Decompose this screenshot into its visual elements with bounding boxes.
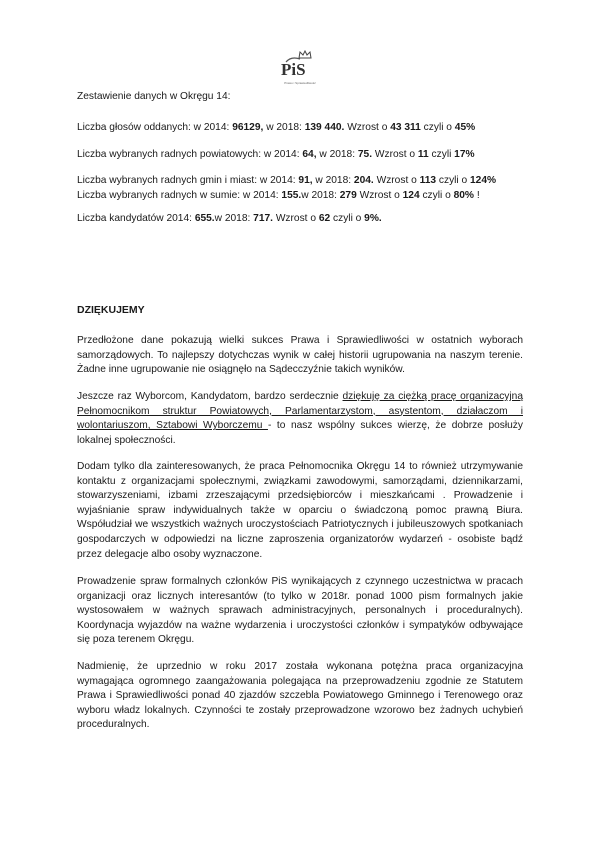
row-text: w 2018:	[313, 175, 354, 186]
paragraph-2017-work: Nadmienię, że uprzednio w roku 2017 zost…	[77, 660, 523, 733]
paragraph-thanks: Jeszcze raz Wyborcom, Kandydatom, bardzo…	[77, 390, 523, 448]
value-2018: 717.	[253, 213, 273, 224]
row-text: w 2018:	[215, 213, 254, 224]
value-2014: 96129,	[232, 122, 263, 133]
row-text: w 2018:	[301, 190, 340, 201]
row-text: Wzrost o	[344, 122, 390, 133]
value-2018: 75.	[358, 149, 372, 160]
summary-row: Liczba głosów oddanych: w 2014: 96129, w…	[77, 122, 475, 133]
paragraph-formal-matters: Prowadzenie spraw formalnych członków Pi…	[77, 575, 523, 648]
increase-percent: 80%	[454, 190, 474, 201]
increase-percent: 124%	[470, 175, 496, 186]
row-text: czyli o	[330, 213, 364, 224]
row-text: czyli o	[436, 175, 470, 186]
logo-subtitle: Prawo i Sprawiedliwość	[279, 81, 321, 85]
increase-value: 43 311	[390, 122, 421, 133]
increase-value: 11	[418, 149, 429, 160]
row-text: Wzrost o	[374, 175, 420, 186]
row-text: !	[474, 190, 480, 201]
value-2014: 91,	[298, 175, 312, 186]
increase-percent: 9%.	[364, 213, 382, 224]
row-text: Liczba głosów oddanych: w 2014:	[77, 122, 232, 133]
summary-row: Liczba kandydatów 2014: 655.w 2018: 717.…	[77, 213, 382, 224]
row-text: Liczba wybranych radnych powiatowych: w …	[77, 149, 302, 160]
increase-percent: 17%	[454, 149, 474, 160]
value-2014: 655.	[195, 213, 215, 224]
increase-percent: 45%	[455, 122, 475, 133]
value-2014: 155.	[281, 190, 301, 201]
summary-title: Zestawienie danych w Okręgu 14:	[77, 91, 230, 102]
increase-value: 113	[420, 175, 436, 186]
paragraph-results: Przedłożone dane pokazują wielki sukces …	[77, 334, 523, 378]
value-2014: 64,	[302, 149, 316, 160]
row-text: Wzrost o	[273, 213, 319, 224]
row-text: w 2018:	[263, 122, 304, 133]
thanks-text: Jeszcze raz Wyborcom, Kandydatom, bardzo…	[77, 391, 343, 402]
thanks-heading: DZIĘKUJEMY	[77, 304, 145, 316]
value-2018: 204.	[354, 175, 374, 186]
row-text: Wzrost o	[372, 149, 418, 160]
logo-mark: PiS	[281, 60, 306, 80]
row-text: czyli	[429, 149, 454, 160]
paragraph-duties: Dodam tylko dla zainteresowanych, że pra…	[77, 460, 523, 562]
row-text: Liczba kandydatów 2014:	[77, 213, 195, 224]
row-text: Wzrost o	[357, 190, 403, 201]
summary-row: Liczba wybranych radnych gmin i miast: w…	[77, 175, 496, 186]
summary-row: Liczba wybranych radnych w sumie: w 2014…	[77, 190, 480, 201]
summary-row: Liczba wybranych radnych powiatowych: w …	[77, 149, 475, 160]
value-2018: 139 440.	[305, 122, 345, 133]
row-text: czyli o	[421, 122, 455, 133]
increase-value: 124	[403, 190, 420, 201]
row-text: Liczba wybranych radnych w sumie: w 2014…	[77, 190, 281, 201]
party-logo: PiS Prawo i Sprawiedliwość	[279, 50, 321, 96]
increase-value: 62	[319, 213, 330, 224]
row-text: w 2018:	[317, 149, 358, 160]
row-text: czyli o	[420, 190, 454, 201]
row-text: Liczba wybranych radnych gmin i miast: w…	[77, 175, 298, 186]
value-2018: 279	[340, 190, 357, 201]
